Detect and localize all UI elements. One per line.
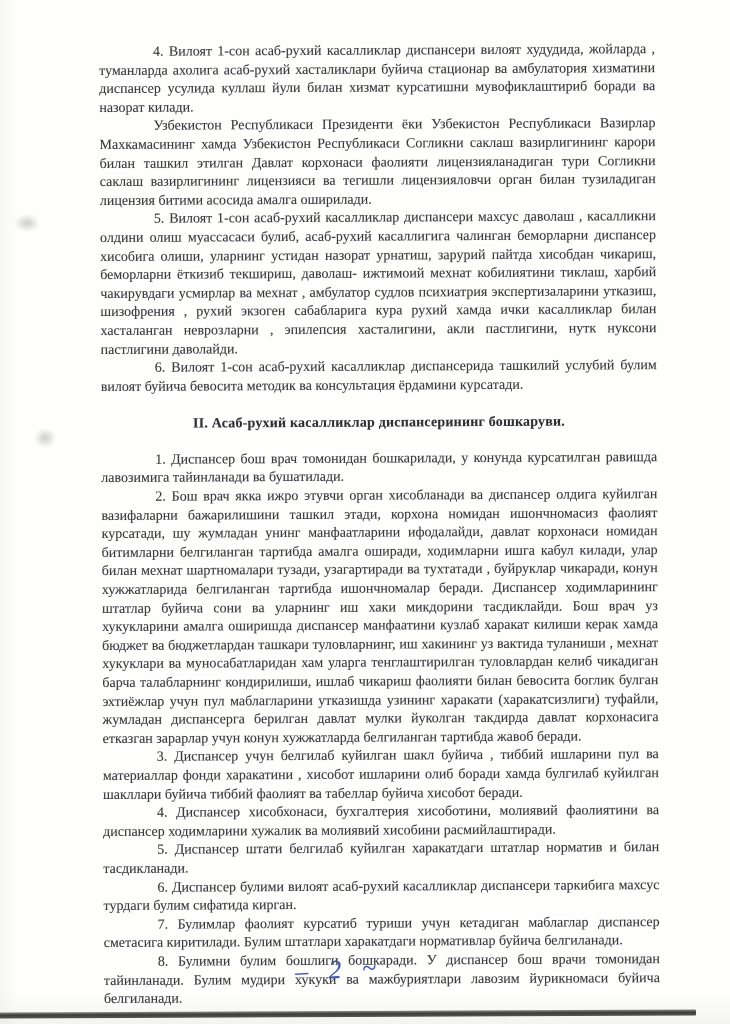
pencil-smudge-mark	[14, 214, 40, 232]
paragraph: 6. Вилоят 1-сон асаб-рухий касалликлар д…	[101, 357, 657, 397]
paragraph: 1. Диспансер бош врач томонидан бошкарил…	[101, 449, 657, 489]
paragraph: 2. Бош врач якка ижро этувчи орган хисоб…	[101, 486, 658, 749]
paragraph: 5. Диспансер штати белгилаб куйилган хар…	[103, 839, 659, 879]
paragraph: 4. Вилоят 1-сон асаб-рухий касалликлар д…	[99, 41, 655, 118]
pencil-smudge-mark	[34, 428, 56, 448]
paragraph: 7. Булимлар фаолият курсатиб туриши учун…	[104, 914, 660, 954]
scanned-document-page: 4. Вилоят 1-сон асаб-рухий касалликлар д…	[0, 0, 730, 1024]
section-heading: II. Асаб-рухий касалликлар диспансеринин…	[101, 413, 657, 435]
paragraph: 3. Диспансер учун белгилаб куйилган шакл…	[103, 746, 659, 805]
scan-edge-line	[0, 1009, 696, 1018]
scan-smudge	[628, 952, 654, 974]
document-text-block: 4. Вилоят 1-сон асаб-рухий касалликлар д…	[99, 41, 660, 1010]
handwritten-page-number: – 2 ~	[294, 953, 384, 988]
paragraph: 5. Вилоят 1-сон асаб-рухий касалликлар д…	[100, 208, 657, 360]
paragraph: 6. Диспансер булими вилоят асаб-рухий ка…	[103, 877, 659, 917]
paragraph: 4. Диспансер хисобхонаси, бухгалтерия хи…	[103, 802, 659, 842]
paragraph: Узбекистон Республикаси Президенти ёки У…	[99, 115, 655, 211]
